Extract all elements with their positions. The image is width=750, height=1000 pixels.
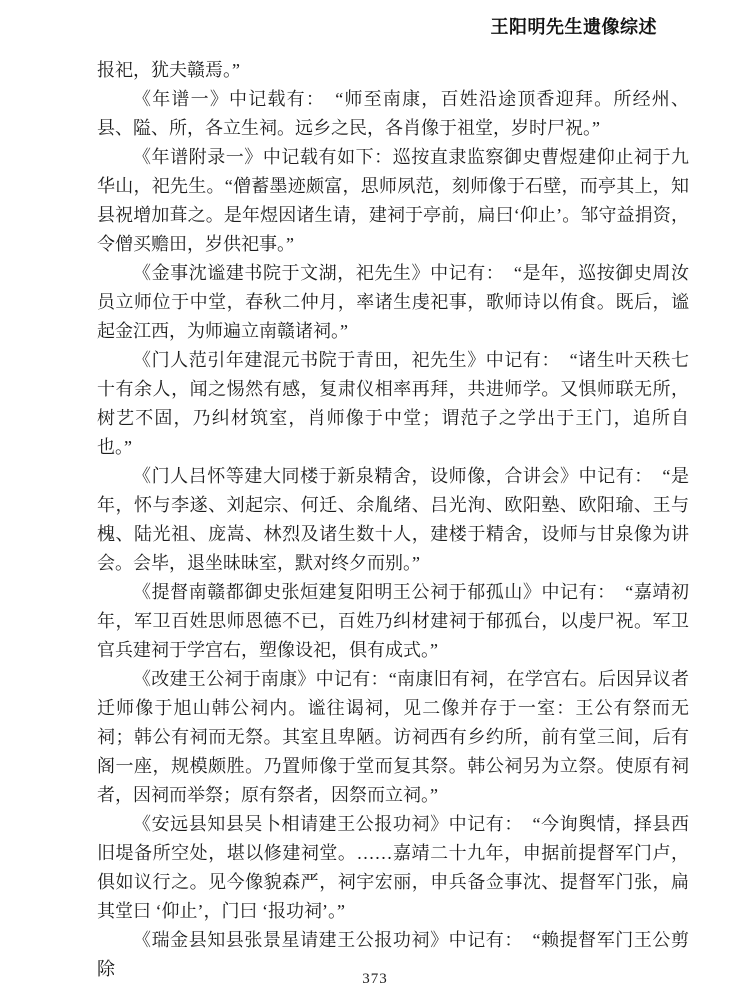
- paragraph: 《提督南赣都御史张烜建复阳明王公祠于郁孤山》中记有： “嘉靖初年，军卫百姓思师恩…: [97, 578, 689, 665]
- body-text-block: 报祀，犹夫赣焉。” 《年谱一》中记载有： “师至南康，百姓沿途顶香迎拜。所经州、…: [97, 56, 689, 984]
- paragraph: 《金事沈谧建书院于文湖，祀先生》中记有： “是年，巡按御史周汝员立师位于中堂，春…: [97, 259, 689, 346]
- paragraph: 《年谱一》中记载有： “师至南康，百姓沿途顶香迎拜。所经州、县、隘、所，各立生祠…: [97, 85, 689, 143]
- paragraph: 《年谱附录一》中记载有如下：巡按直隶监察御史曹煜建仰止祠于九华山，祀先生。“僧蓄…: [97, 143, 689, 259]
- paragraph-continuation: 报祀，犹夫赣焉。”: [97, 56, 689, 85]
- paragraph: 《安远县知县吴卜相请建王公报功祠》中记有： “今询舆情，择县西旧堤备所空处，堪以…: [97, 810, 689, 926]
- page-header-title: 王阳明先生遗像综述: [491, 13, 658, 39]
- paragraph: 《改建王公祠于南康》中记有：“南康旧有祠，在学宫右。后因异议者迁师像于旭山韩公祠…: [97, 665, 689, 810]
- paragraph: 《门人范引年建混元书院于青田，祀先生》中记有： “诸生叶天秩七十有余人，闻之惕然…: [97, 346, 689, 462]
- page-number: 373: [362, 971, 388, 987]
- document-page: 王阳明先生遗像综述 报祀，犹夫赣焉。” 《年谱一》中记载有： “师至南康，百姓沿…: [0, 0, 750, 1000]
- paragraph: 《门人吕怀等建大同楼于新泉精舍，设师像，合讲会》中记有： “是年，怀与李遂、刘起…: [97, 462, 689, 578]
- page-footer: 373: [0, 970, 750, 988]
